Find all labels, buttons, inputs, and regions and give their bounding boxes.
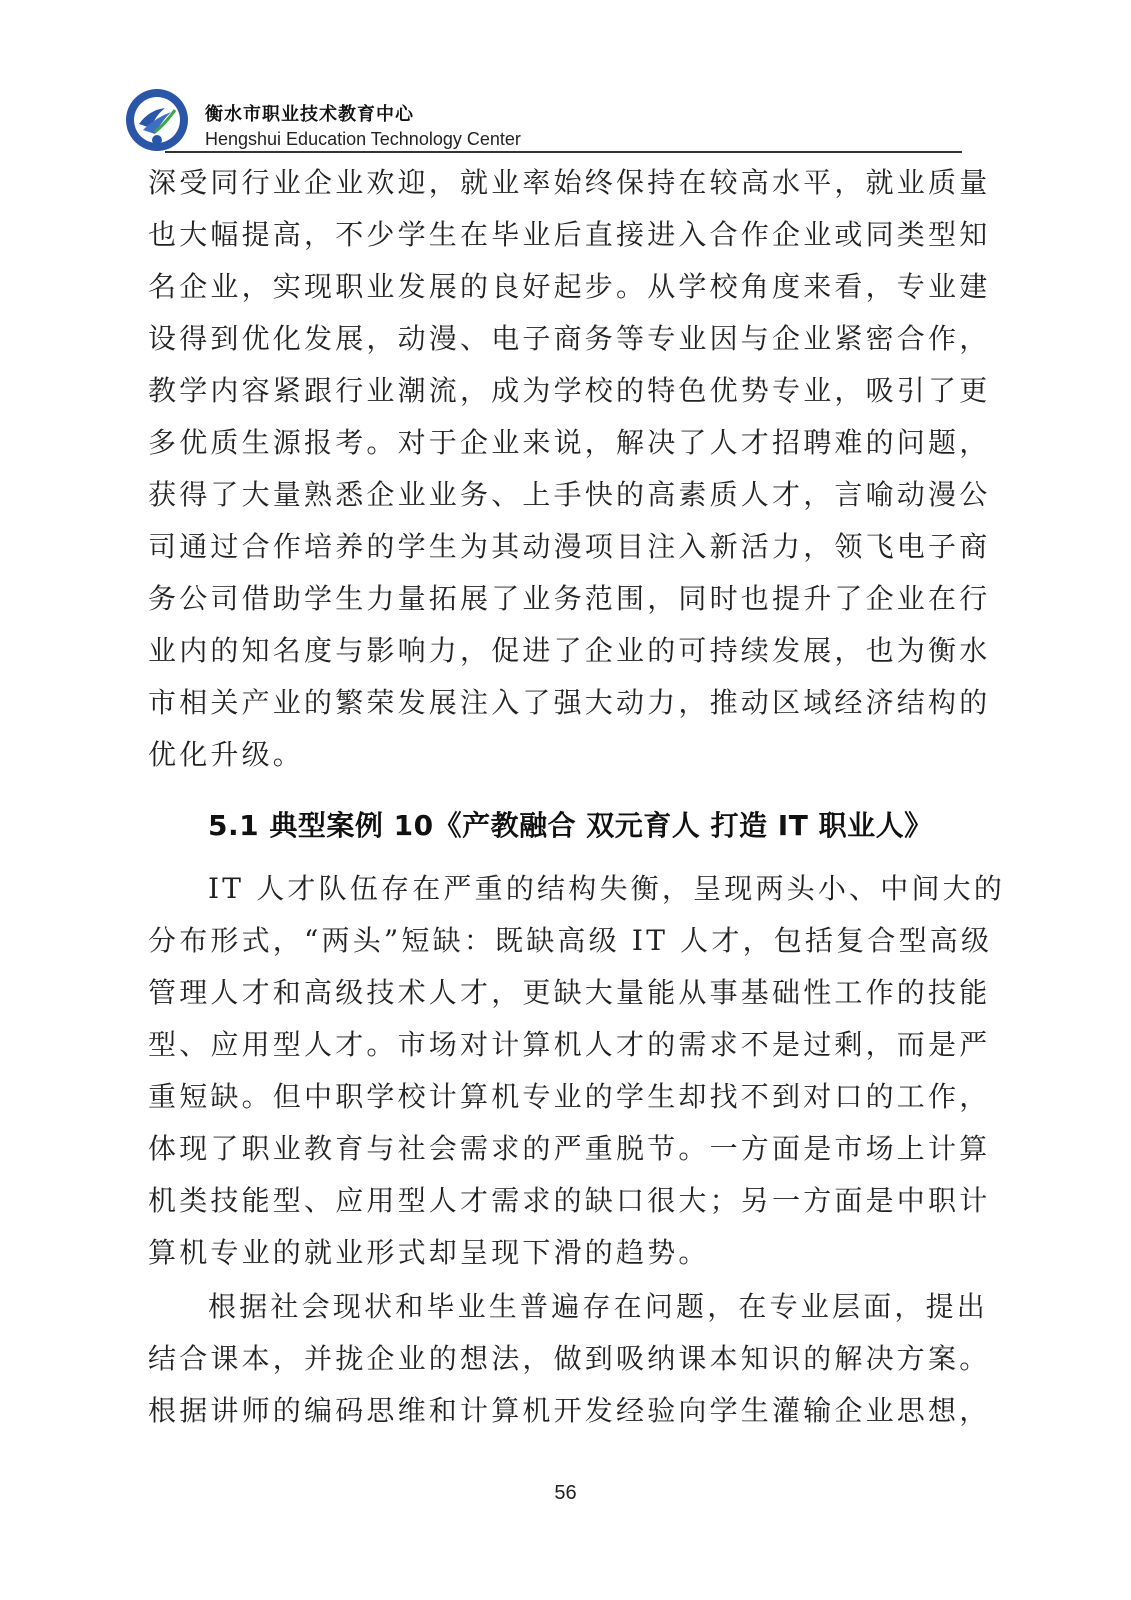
text-line: 也大幅提高，不少学生在毕业后直接进入合作企业或同类型知 bbox=[148, 209, 963, 261]
text-line: 获得了大量熟悉企业业务、上手快的高素质人才，言喻动漫公 bbox=[148, 469, 963, 521]
header-divider bbox=[165, 151, 962, 153]
text-line: 名企业，实现职业发展的良好起步。从学校角度来看，专业建 bbox=[148, 261, 963, 313]
page-header: 衡水市职业技术教育中心 Hengshui Education Technolog… bbox=[125, 88, 965, 154]
text-line: 根据讲师的编码思维和计算机开发经验向学生灌输企业思想， bbox=[148, 1385, 963, 1437]
text-line: 务公司借助学生力量拓展了业务范围，同时也提升了企业在行 bbox=[148, 573, 963, 625]
text-line: 业内的知名度与影响力，促进了企业的可持续发展，也为衡水 bbox=[148, 625, 963, 677]
text-line: IT 人才队伍存在严重的结构失衡，呈现两头小、中间大的 bbox=[208, 863, 963, 915]
school-emblem-icon bbox=[125, 88, 189, 152]
text-line: 重短缺。但中职学校计算机专业的学生却找不到对口的工作， bbox=[148, 1071, 963, 1123]
text-line: 多优质生源报考。对于企业来说，解决了人才招聘难的问题， bbox=[148, 417, 963, 469]
section-heading: 5.1 典型案例 10《产教融合 双元育人 打造 IT 职业人》 bbox=[208, 800, 933, 852]
page-number: 56 bbox=[0, 1482, 1131, 1505]
text-line: 深受同行业企业欢迎，就业率始终保持在较高水平，就业质量 bbox=[148, 157, 963, 209]
org-name-cn: 衡水市职业技术教育中心 bbox=[205, 100, 414, 126]
text-line: 教学内容紧跟行业潮流，成为学校的特色优势专业，吸引了更 bbox=[148, 365, 963, 417]
org-name-en: Hengshui Education Technology Center bbox=[205, 129, 521, 150]
text-line: 根据社会现状和毕业生普遍存在问题，在专业层面，提出 bbox=[208, 1281, 963, 1333]
text-line: 分布形式，“两头”短缺：既缺高级 IT 人才，包括复合型高级 bbox=[148, 915, 963, 967]
text-line: 机类技能型、应用型人才需求的缺口很大；另一方面是中职计 bbox=[148, 1175, 963, 1227]
text-line: 结合课本，并拢企业的想法，做到吸纳课本知识的解决方案。 bbox=[148, 1333, 963, 1385]
text-line: 优化升级。 bbox=[148, 729, 963, 781]
text-line: 体现了职业教育与社会需求的严重脱节。一方面是市场上计算 bbox=[148, 1123, 963, 1175]
text-line: 设得到优化发展，动漫、电子商务等专业因与企业紧密合作， bbox=[148, 313, 963, 365]
text-line: 算机专业的就业形式却呈现下滑的趋势。 bbox=[148, 1227, 963, 1279]
text-line: 司通过合作培养的学生为其动漫项目注入新活力，领飞电子商 bbox=[148, 521, 963, 573]
text-line: 型、应用型人才。市场对计算机人才的需求不是过剩，而是严 bbox=[148, 1019, 963, 1071]
text-line: 管理人才和高级技术人才，更缺大量能从事基础性工作的技能 bbox=[148, 967, 963, 1019]
text-line: 市相关产业的繁荣发展注入了强大动力，推动区域经济结构的 bbox=[148, 677, 963, 729]
